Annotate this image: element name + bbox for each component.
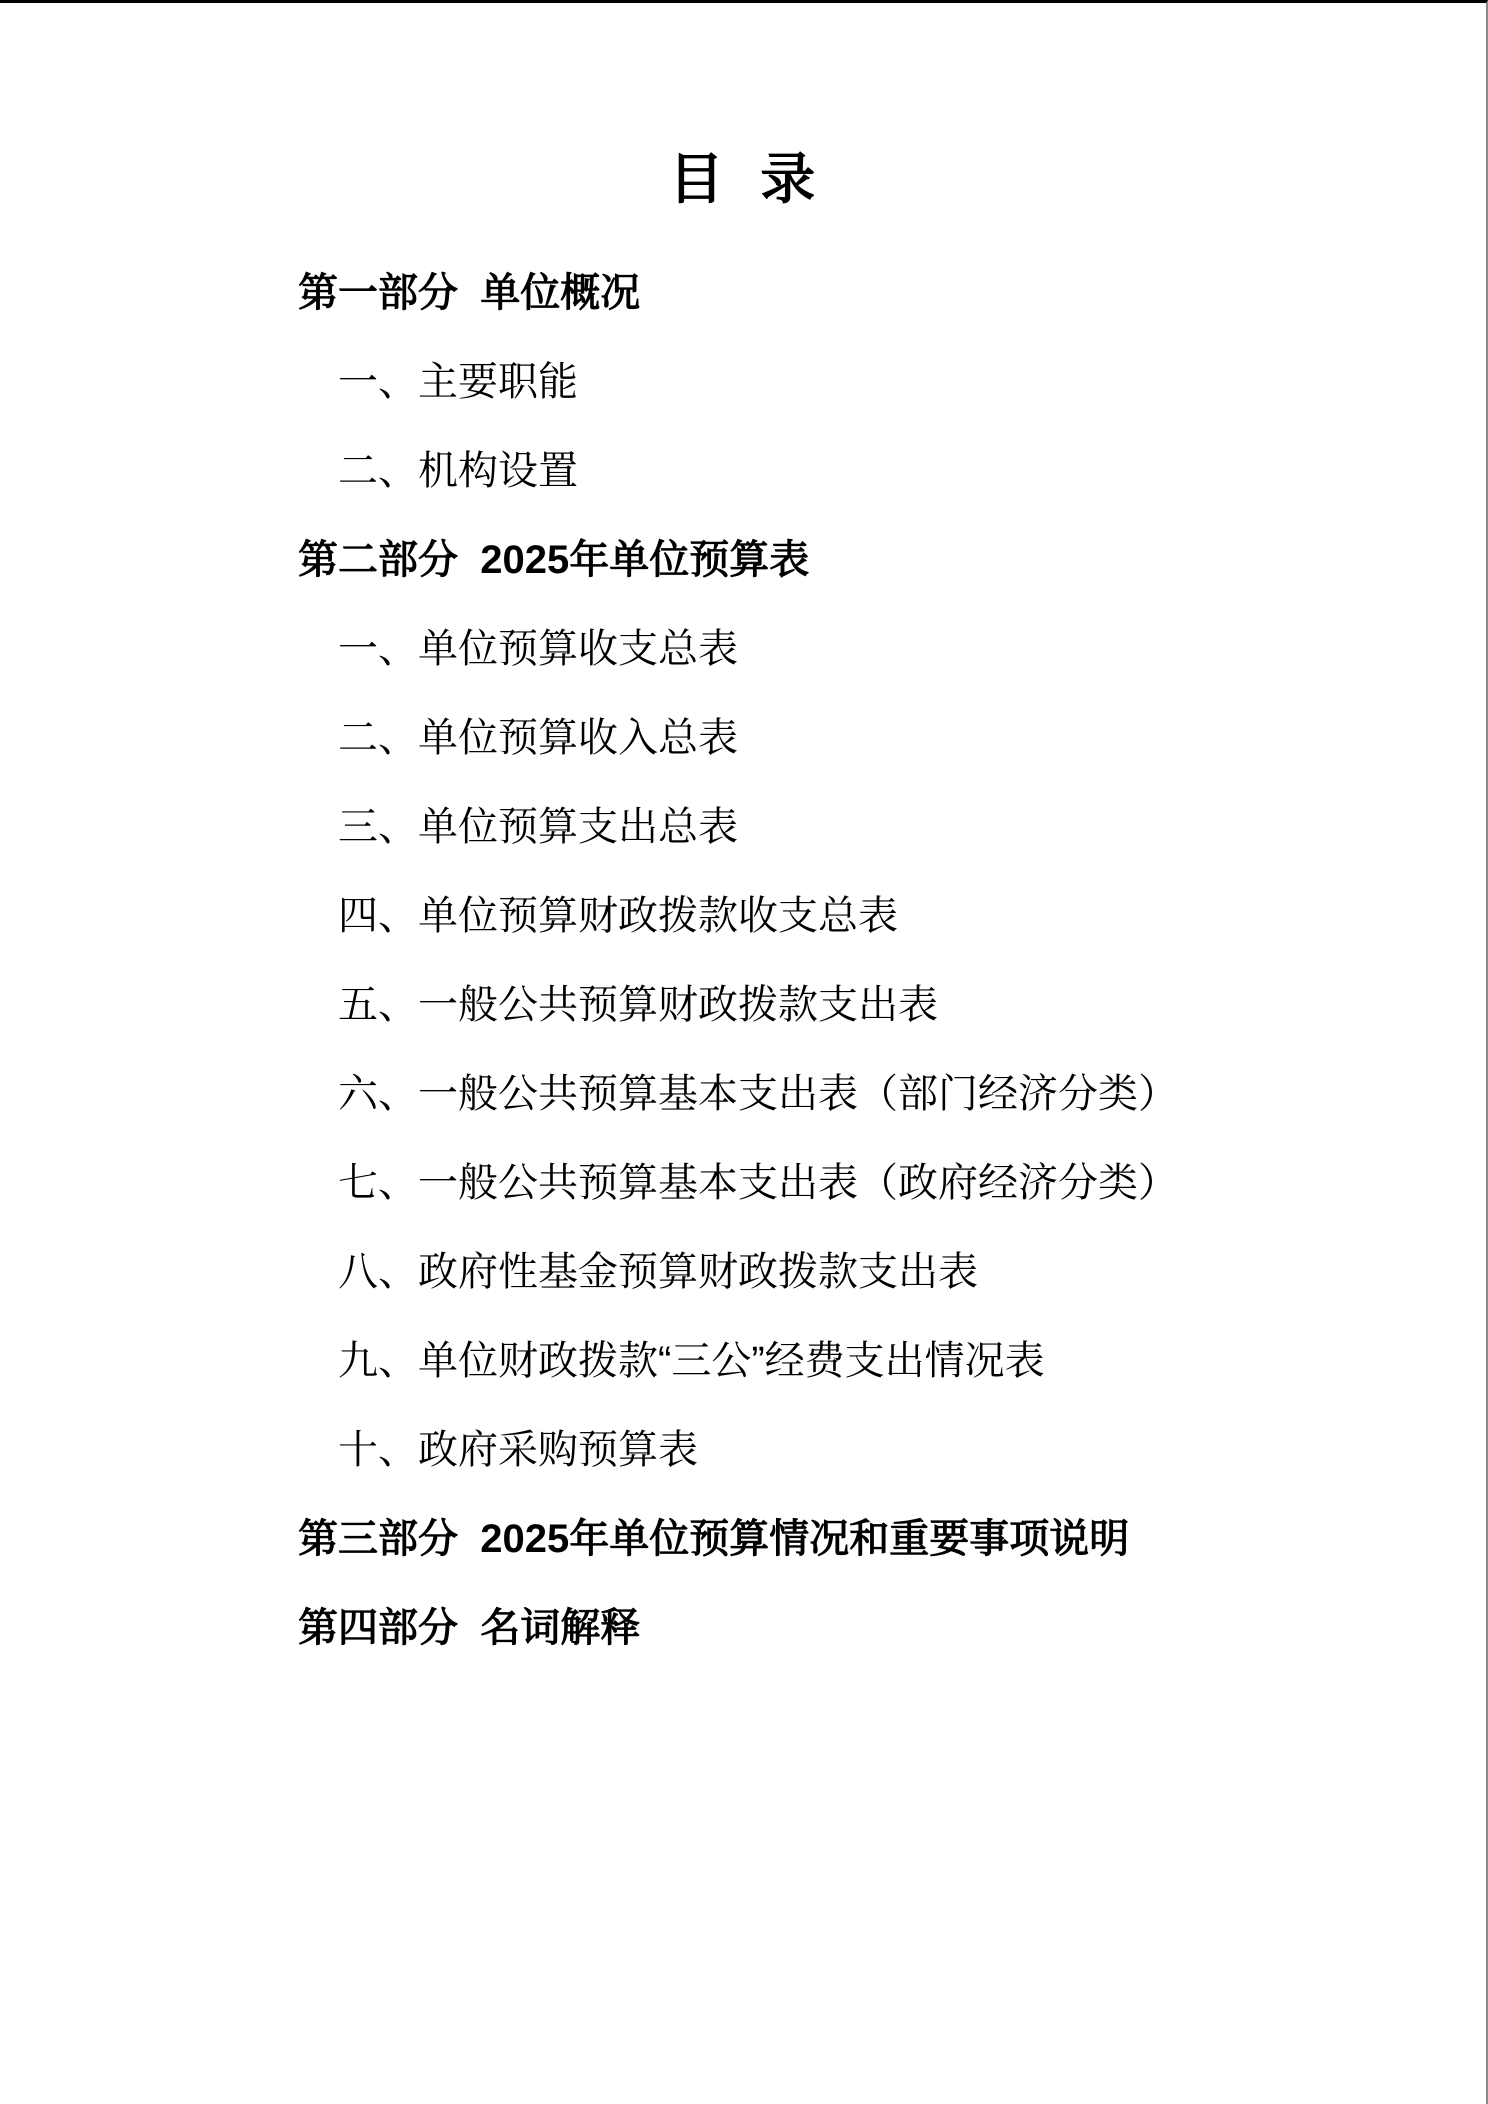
toc-section-heading: 第二部分 2025年单位预算表 bbox=[0, 538, 1486, 582]
toc-item: 十、政府采购预算表 bbox=[0, 1428, 1486, 1472]
toc-item: 七、一般公共预算基本支出表（政府经济分类） bbox=[0, 1161, 1486, 1205]
document-page: 目 录 第一部分 单位概况一、主要职能二、机构设置第二部分 2025年单位预算表… bbox=[0, 0, 1488, 2104]
toc-item: 二、单位预算收入总表 bbox=[0, 716, 1486, 760]
toc-item: 一、单位预算收支总表 bbox=[0, 627, 1486, 671]
toc-item: 四、单位预算财政拨款收支总表 bbox=[0, 894, 1486, 938]
toc-section-heading: 第一部分 单位概况 bbox=[0, 271, 1486, 315]
toc-item: 九、单位财政拨款“三公”经费支出情况表 bbox=[0, 1339, 1486, 1383]
table-of-contents: 第一部分 单位概况一、主要职能二、机构设置第二部分 2025年单位预算表一、单位… bbox=[0, 271, 1486, 1695]
toc-section-heading: 第四部分 名词解释 bbox=[0, 1606, 1486, 1650]
toc-item: 一、主要职能 bbox=[0, 360, 1486, 404]
toc-section-heading: 第三部分 2025年单位预算情况和重要事项说明 bbox=[0, 1517, 1486, 1561]
toc-item: 二、机构设置 bbox=[0, 449, 1486, 493]
page-title: 目 录 bbox=[0, 149, 1486, 209]
toc-item: 三、单位预算支出总表 bbox=[0, 805, 1486, 849]
toc-item: 五、一般公共预算财政拨款支出表 bbox=[0, 983, 1486, 1027]
toc-item: 六、一般公共预算基本支出表（部门经济分类） bbox=[0, 1072, 1486, 1116]
toc-item: 八、政府性基金预算财政拨款支出表 bbox=[0, 1250, 1486, 1294]
